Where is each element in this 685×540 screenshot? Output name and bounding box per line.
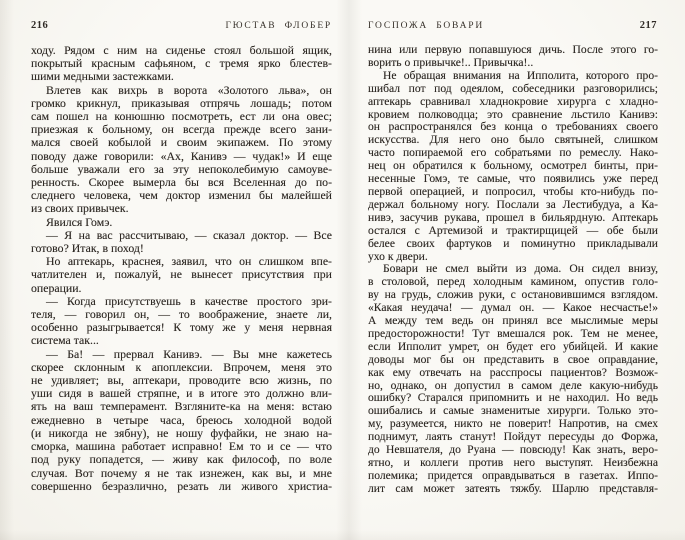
paragraph: — Я на вас рассчитываю, — сказал доктор.… <box>31 229 332 255</box>
text-line: доводы мог бы он представить в свое опра… <box>368 354 658 367</box>
text-line: искусства. Для него оно было святыней, с… <box>368 134 658 147</box>
text-line: остался с Артемизой и трактирщицей — обе… <box>368 225 658 238</box>
text-line: под руку попадется, — живу как философ, … <box>31 453 332 466</box>
text-line: если Ипполит умрет, он будет его убийцей… <box>368 341 658 354</box>
paragraph: — Ба! — прервал Канивэ. — Вы мне кажетес… <box>31 348 332 493</box>
text-line: чатлителен и, пожалуй, не вынесет присут… <box>31 268 332 281</box>
text-line: ошибались и самые знаменитые хирурги. То… <box>368 405 658 418</box>
page-text-left: ходу. Рядом с ним на сиденье стоял больш… <box>31 44 332 493</box>
text-line: из своих привычек. <box>31 202 332 215</box>
text-line: он распространялся без конца о требовани… <box>368 121 658 134</box>
text-line: приезжая к больному, он всегда прежде вс… <box>31 123 332 136</box>
text-line: больше уважали его за эту непоколебимую … <box>31 163 332 176</box>
text-line: Не обращая внимания на Ипполита, которог… <box>368 70 658 83</box>
text-line: «Какая неудача! — думал он. — Какое несч… <box>368 302 658 315</box>
text-line: Явился Гомэ. <box>31 216 332 229</box>
text-line: ошибку? Старался припомнить и не находил… <box>368 392 658 405</box>
text-line: часто попираемой его собратьями по ремес… <box>368 147 658 160</box>
text-line: Влетев как вихрь в ворота «Золотого льва… <box>31 84 332 97</box>
text-line: совершенно безразлично, резать ли живого… <box>31 480 332 493</box>
text-line: первой операцией, и попросил, чтобы кто-… <box>368 186 658 199</box>
text-line: громко крикнул, приказывая отпрячь лошад… <box>31 97 332 110</box>
book-scan-spread: 216 ГЮСТАВ ФЛОБЕР ходу. Рядом с ним на с… <box>0 0 685 540</box>
text-line: операции. <box>31 282 332 295</box>
paragraph: Влетев как вихрь в ворота «Золотого льва… <box>31 84 332 216</box>
page-edge-shade <box>0 0 14 540</box>
text-line: — Я на вас рассчитываю, — сказал доктор.… <box>31 229 332 242</box>
text-line: не удивляет; вы, аптекари, проводите всю… <box>31 374 332 387</box>
text-line: предосторожности! Тут вмешался рок. Тем … <box>368 328 658 341</box>
text-line: кровием полководца; это сравнение льстил… <box>368 109 658 122</box>
text-line: — Ба! — прервал Канивэ. — Вы мне кажетес… <box>31 348 332 361</box>
page-header-right: ГОСПОЖА БОВАРИ 217 <box>368 20 657 31</box>
text-line: му, разумеется, никто не поверит! Напрот… <box>368 418 658 431</box>
text-line: ренность. Скорее вымерла бы вся Вселенна… <box>31 176 332 189</box>
page-gutter-shadow <box>336 0 362 540</box>
text-line: нивэ, засучив рукава, прошел в бильярдну… <box>368 212 658 225</box>
text-line: Бовари не смел выйти из дома. Он сидел в… <box>368 263 658 276</box>
paragraph: Явился Гомэ. <box>31 216 332 229</box>
text-line: ять на ваш темперамент. Взгляните-ка на … <box>31 400 332 413</box>
text-line: белее своих фартуков и поминутно приклад… <box>368 238 658 251</box>
text-line: ухо к двери. <box>368 251 658 264</box>
paragraph: Не обращая внимания на Ипполита, которог… <box>368 70 658 264</box>
text-line: но, однако, он допустил в самом деле как… <box>368 380 658 393</box>
text-line: держал больному ногу. Послали за Лестибу… <box>368 199 658 212</box>
text-line: — Когда присутствуешь в качестве простог… <box>31 295 332 308</box>
text-line: покрытый красным сафьяном, с тремя ярко … <box>31 57 332 70</box>
text-line: Но аптекарь, краснея, заявил, что он сли… <box>31 255 332 268</box>
text-line: как ему отвечать на расспросы пациентов?… <box>368 367 658 380</box>
text-line: сам пошел на конюшню посмотреть, ест ли … <box>31 110 332 123</box>
text-line: нина или первую попавшуюся дичь. После э… <box>368 44 658 57</box>
text-line: лит сам может затеять тяжбу. Шарлю предс… <box>368 483 658 496</box>
page-number-left: 216 <box>31 20 48 31</box>
text-line: система так... <box>31 334 332 347</box>
text-line: ятно, и коллеги против него выступят. Не… <box>368 457 658 470</box>
paragraph: Но аптекарь, краснея, заявил, что он сли… <box>31 255 332 295</box>
text-line: особенно разыгрывается! К тому же у меня… <box>31 321 332 334</box>
page-bottom-shade <box>0 530 685 540</box>
text-line: поднимут, лаять станут! Пойдут пересуды … <box>368 431 658 444</box>
text-line: ходу. Рядом с ним на сиденье стоял больш… <box>31 44 332 57</box>
text-line: уши сидя в вашей стряпне, и в итоге это … <box>31 387 332 400</box>
paragraph: нина или первую попавшуюся дичь. После э… <box>368 44 658 70</box>
text-line: аптекарь сравнивал хладнокровие хирурга … <box>368 96 658 109</box>
page-header-left: 216 ГЮСТАВ ФЛОБЕР <box>31 20 332 31</box>
paragraph: Бовари не смел выйти из дома. Он сидел в… <box>368 263 658 495</box>
text-line: в столовой, перед холодным камином, опус… <box>368 276 658 289</box>
text-line: несенные Гомэ, те самые, что появились у… <box>368 173 658 186</box>
text-line: готово? Итак, в поход! <box>31 242 332 255</box>
text-line: сморка, машина работает исправно! Ем то … <box>31 440 332 453</box>
page-text-right: нина или первую попавшуюся дичь. После э… <box>368 44 658 496</box>
text-line: ву на грудь, сложив руки, с остановившим… <box>368 289 658 302</box>
text-line: случая. Вот почему я не так изнежен, как… <box>31 467 332 480</box>
text-line: полемика; придется оправдываться в газет… <box>368 470 658 483</box>
page-number-right: 217 <box>640 20 657 31</box>
paragraph: ходу. Рядом с ним на сиденье стоял больш… <box>31 44 332 84</box>
text-line: А между тем ведь он принял все мыслимые … <box>368 315 658 328</box>
running-header-left: ГЮСТАВ ФЛОБЕР <box>225 21 332 31</box>
running-header-right: ГОСПОЖА БОВАРИ <box>368 21 484 31</box>
text-line: шими медными застежками. <box>31 70 332 83</box>
text-line: теля, — говорил он, — то воображение, зн… <box>31 308 332 321</box>
text-line: (и никогда не зябну), не ношу фуфайки, н… <box>31 427 332 440</box>
text-line: скорее склонным к апоплексии. Впрочем, м… <box>31 361 332 374</box>
text-line: шибал пот под одеялом, собеседники разго… <box>368 83 658 96</box>
paragraph: — Когда присутствуешь в качестве простог… <box>31 295 332 348</box>
text-line: ежедневно в четыре часа, бреюсь холодной… <box>31 414 332 427</box>
text-line: следнего человека, чем доктор изменил бы… <box>31 189 332 202</box>
text-line: нец он обратился к больному, осмотрел би… <box>368 160 658 173</box>
text-line: ворить о привычке!.. Привычка!.. <box>368 57 658 70</box>
text-line: мался своей кобылой и своим экипажем. По… <box>31 136 332 149</box>
text-line: поводу даже говорили: «Ах, Канивэ — чуда… <box>31 150 332 163</box>
text-line: до Невшателя, до Руана — повсюду! Как зн… <box>368 444 658 457</box>
